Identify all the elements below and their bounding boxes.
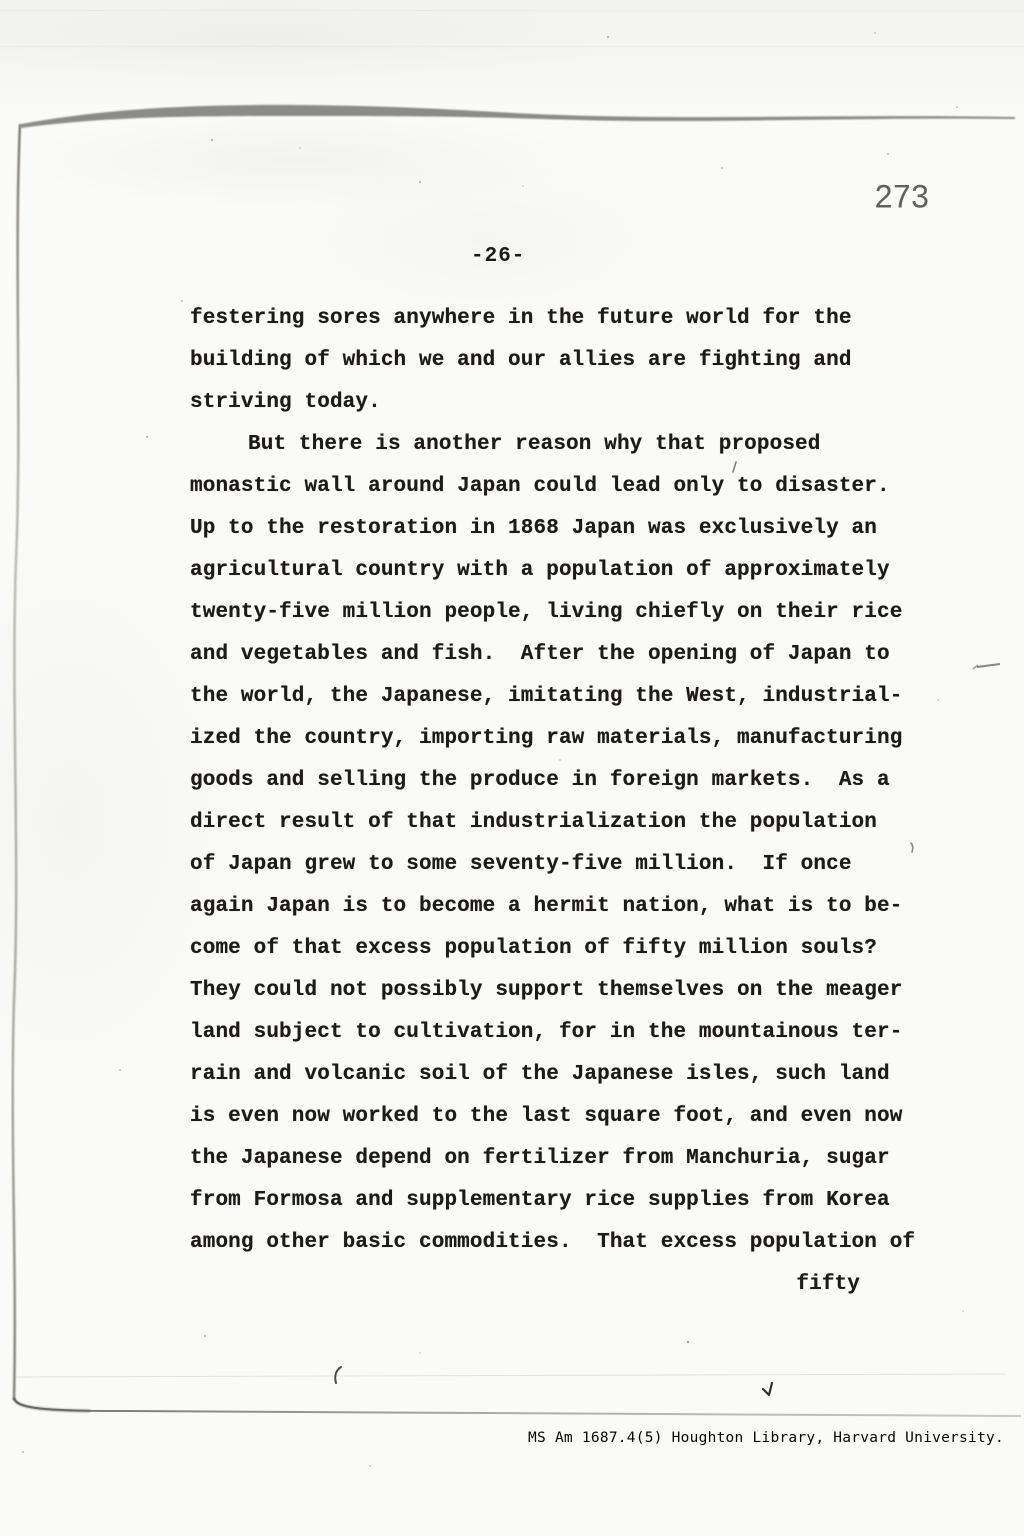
typescript-line: the Japanese depend on fertilizer from M… bbox=[190, 1138, 930, 1180]
typescript-line: land subject to cultivation, for in the … bbox=[190, 1012, 930, 1054]
pen-mark-paren bbox=[335, 1367, 341, 1383]
paper-bottom-edge-shadow bbox=[14, 1398, 90, 1411]
typescript-line: striving today. bbox=[190, 382, 930, 424]
typescript-line: Up to the restoration in 1868 Japan was … bbox=[190, 508, 930, 550]
paper-bottom-edge bbox=[14, 1398, 1021, 1416]
typescript-page-number: -26- bbox=[471, 245, 525, 268]
typescript-line: agricultural country with a population o… bbox=[190, 550, 930, 592]
typescript-line: But there is another reason why that pro… bbox=[190, 424, 930, 466]
typescript-body: festering sores anywhere in the future w… bbox=[190, 298, 930, 1306]
typescript-line: of Japan grew to some seventy-five milli… bbox=[190, 844, 930, 886]
faint-scan-line bbox=[16, 1374, 1005, 1377]
typescript-line: They could not possibly support themselv… bbox=[190, 970, 930, 1012]
typescript-line: festering sores anywhere in the future w… bbox=[190, 298, 930, 340]
typescript-line: monastic wall around Japan could lead on… bbox=[190, 466, 930, 508]
typescript-line: building of which we and our allies are … bbox=[190, 340, 930, 382]
typescript-line: again Japan is to become a hermit nation… bbox=[190, 886, 930, 928]
typescript-line: from Formosa and supplementary rice supp… bbox=[190, 1180, 930, 1222]
typescript-line: direct result of that industrialization … bbox=[190, 802, 930, 844]
pen-mark-check bbox=[763, 1383, 772, 1395]
typescript-line: rain and volcanic soil of the Japanese i… bbox=[190, 1054, 930, 1096]
typescript-line: the world, the Japanese, imitating the W… bbox=[190, 676, 930, 718]
scanned-typescript-page: 273 -26- festering sores anywhere in the… bbox=[0, 0, 1024, 1536]
typescript-line: is even now worked to the last square fo… bbox=[190, 1096, 930, 1138]
typescript-line: among other basic commodities. That exce… bbox=[190, 1222, 930, 1264]
archive-page-number: 273 bbox=[874, 179, 929, 219]
typescript-line: come of that excess population of fifty … bbox=[190, 928, 930, 970]
paper-top-edge bbox=[21, 105, 1015, 128]
typescript-line: ized the country, importing raw material… bbox=[190, 718, 930, 760]
typescript-catchword: fifty bbox=[190, 1264, 930, 1306]
typescript-line: twenty-five million people, living chief… bbox=[190, 592, 930, 634]
typescript-line: and vegetables and fish. After the openi… bbox=[190, 634, 930, 676]
library-credit-line: MS Am 1687.4(5) Houghton Library, Harvar… bbox=[528, 1430, 1004, 1446]
paper-left-edge bbox=[13, 124, 20, 1400]
margin-dash-mark bbox=[977, 664, 1000, 667]
typescript-line: goods and selling the produce in foreign… bbox=[190, 760, 930, 802]
